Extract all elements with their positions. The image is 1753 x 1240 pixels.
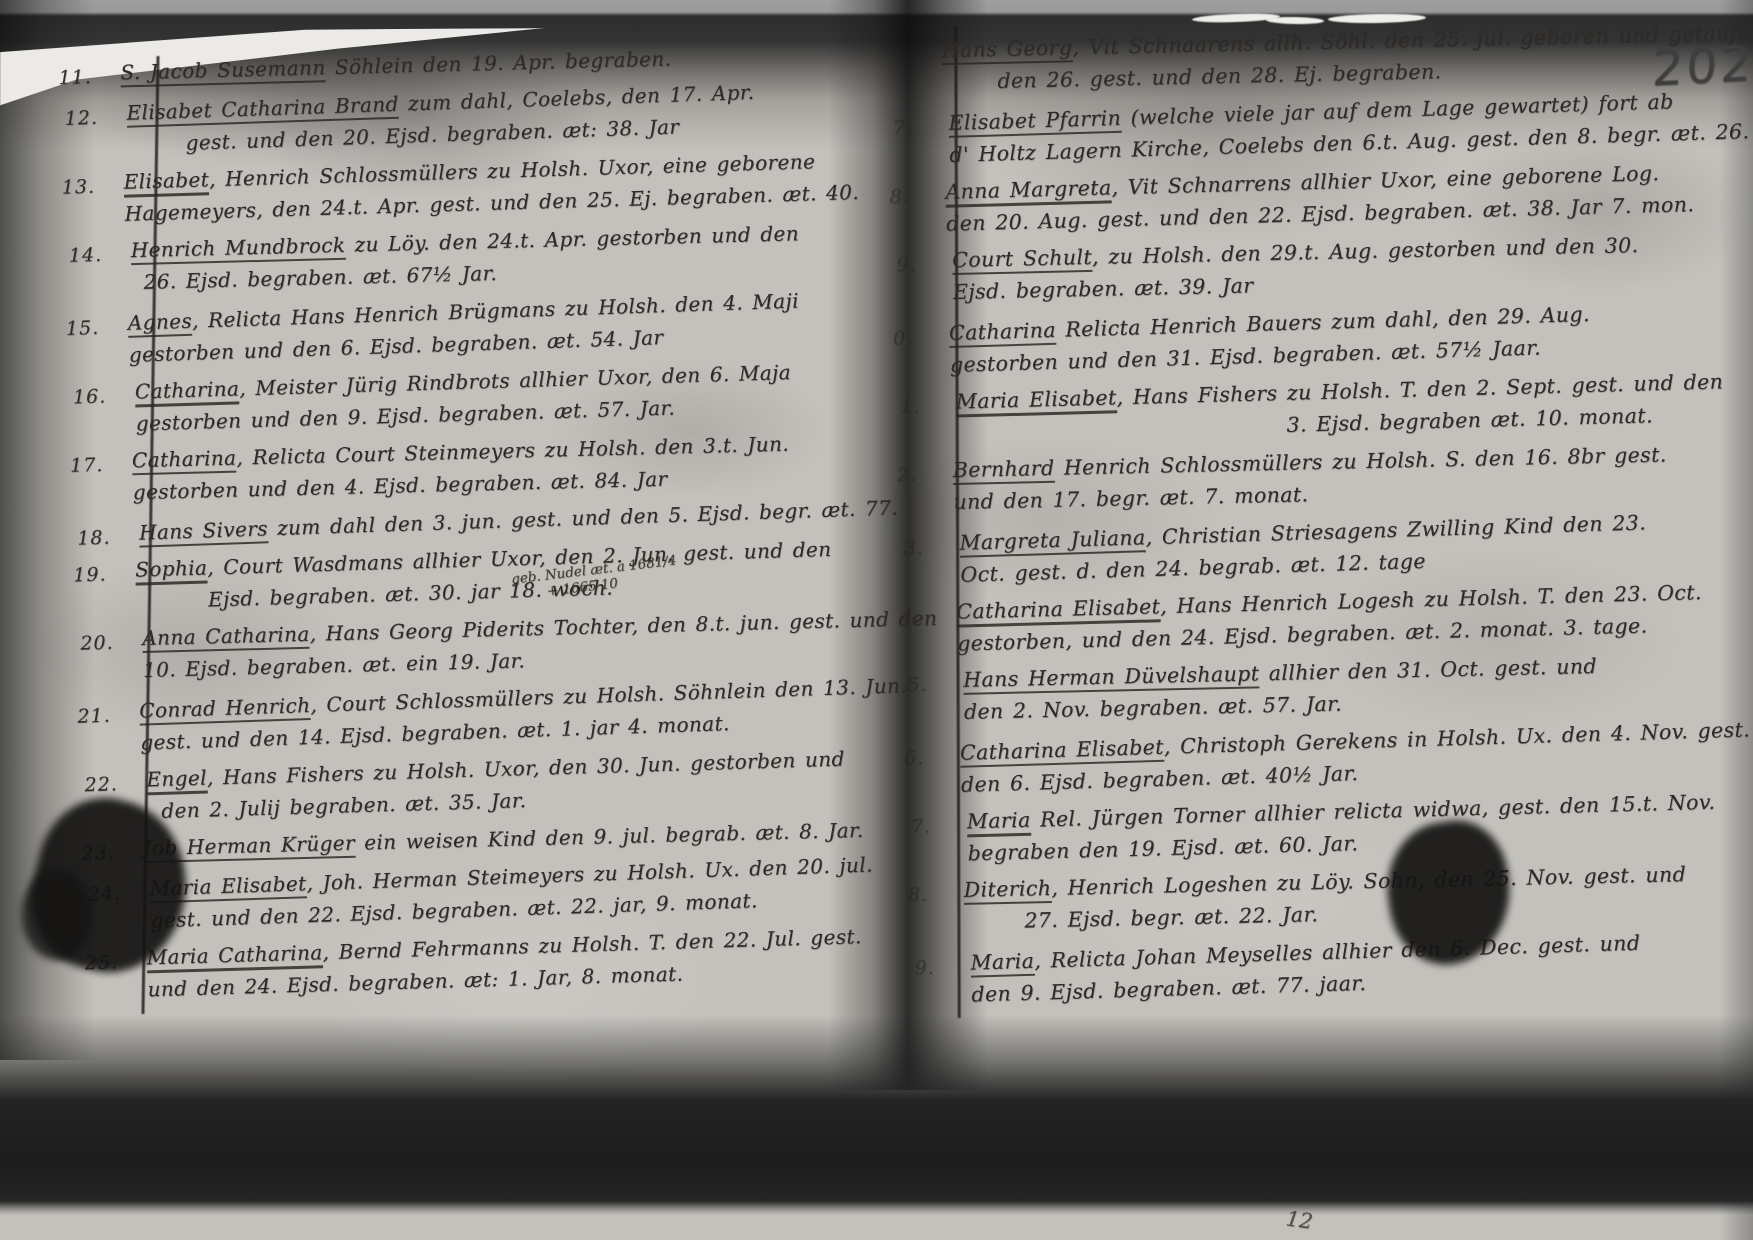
deceased-name: Catharina	[949, 318, 1057, 348]
entry-text: Court Schult, zu Holsh. den 29.t. Aug. g…	[952, 227, 1738, 308]
bottom-scan-edge	[0, 1015, 1753, 1215]
register-scan: 202 11.S. Jacob Susemann Söhlein den 19.…	[0, 0, 1753, 1240]
deceased-name: Maria	[967, 808, 1032, 838]
entry-number: 4.	[900, 596, 958, 661]
entry-text: Maria Rel. Jürgen Torner allhier relicta…	[966, 785, 1752, 870]
entry-text: Hans Herman Düvelshaupt allhier den 31. …	[963, 647, 1749, 728]
entry-text: Bernhard Henrich Schlossmüllers zu Holsh…	[952, 437, 1743, 518]
deceased-name: Catharina	[132, 446, 237, 476]
entry-text: Sophia, Court Wasdmans allhier Uxor, den…	[135, 533, 847, 618]
entry-number: 19.	[73, 554, 137, 620]
burial-entry: 9.Maria, Relicta Johan Meyselles allhier…	[914, 923, 1753, 1012]
deceased-name: Diterich	[963, 876, 1051, 905]
entry-number: 1.	[899, 386, 957, 451]
deceased-name: S. Jacob Susemann	[120, 55, 326, 87]
entry-line-rest: ein weisen Kind den 9. jul. begrab. æt. …	[355, 818, 864, 855]
deceased-name: Elisabet Pfarrin	[948, 106, 1121, 138]
deceased-name: Hans Sivers	[139, 516, 269, 547]
entry-number: 2.	[896, 454, 953, 519]
entry-number	[885, 34, 942, 99]
entry-number: 21.	[77, 695, 141, 761]
deceased-name: Conrad Henrich	[139, 693, 311, 726]
entry-number: 17.	[70, 444, 134, 510]
entry-number: 8.	[889, 176, 947, 241]
bottom-margin-mark: 12	[1284, 1206, 1314, 1233]
entry-text: Maria Elisabet, Hans Fishers zu Holsh. T…	[955, 365, 1741, 450]
deceased-name: Agnes	[127, 309, 192, 338]
deceased-name: Sophia	[135, 555, 208, 585]
entry-number: 7.	[910, 805, 968, 870]
entry-number: 5.	[907, 664, 964, 729]
deceased-name: Elisabet	[123, 167, 209, 198]
entry-number: 6.	[904, 737, 962, 803]
entry-number: 11.	[58, 56, 121, 90]
deceased-name: Anna Margreta	[945, 175, 1112, 207]
deceased-name: Margreta Juliana	[959, 525, 1146, 558]
entry-number: 13.	[61, 166, 125, 232]
deceased-name: Anna Catharina	[142, 622, 310, 653]
entry-number: 9.	[896, 244, 953, 309]
entry-number: 9.	[914, 947, 972, 1013]
deceased-name: Hans Georg	[941, 35, 1072, 65]
entry-line-rest: Söhlein den 19. Apr. begraben.	[325, 46, 671, 79]
deceased-name: Engel	[146, 766, 207, 796]
deceased-name: Court Schult	[952, 245, 1092, 275]
deceased-name: Bernhard	[952, 456, 1054, 485]
entry-text: Maria, Relicta Johan Meyselles allhier d…	[970, 923, 1753, 1010]
deceased-name: Catharina	[135, 376, 240, 407]
deceased-name: Maria	[970, 949, 1035, 978]
torn-edge-highlight	[1266, 16, 1324, 24]
entry-number: 18.	[77, 517, 140, 551]
entry-text: Engel, Hans Fishers zu Holsh. Uxor, den …	[146, 742, 853, 827]
ink-blot-left-small	[22, 870, 92, 960]
entry-number: 7.	[892, 107, 950, 173]
right-page: Hans Georg, Vit Schnaarens allh. Söhl. d…	[885, 15, 1753, 1017]
entry-number: 12.	[64, 97, 128, 163]
deceased-name: Maria Elisabet	[956, 385, 1117, 417]
entry-number: 3.	[903, 527, 961, 593]
entry-text: Catharina Elisabet, Hans Henrich Logesh …	[956, 575, 1747, 660]
entry-text: Diterich, Henrich Logeshen zu Löy. Sohn,…	[963, 857, 1753, 938]
torn-edge-highlight	[1328, 13, 1426, 24]
entry-text: Catharina, Meister Jürig Rindbrots allhi…	[134, 355, 841, 440]
entry-line-rest: allhier den 31. Oct. gest. und	[1259, 654, 1597, 685]
entry-number: 0.	[893, 317, 951, 383]
entry-text: Anna Margreta, Vit Schnarrens allhier Ux…	[945, 155, 1736, 240]
entry-number: 20.	[80, 622, 144, 688]
entry-number: 8.	[907, 874, 964, 939]
deceased-name: Henrich Mundbrock	[130, 233, 345, 265]
entry-number: 16.	[72, 376, 136, 442]
entry-number: 15.	[65, 307, 129, 373]
entry-number: 14.	[68, 234, 132, 300]
